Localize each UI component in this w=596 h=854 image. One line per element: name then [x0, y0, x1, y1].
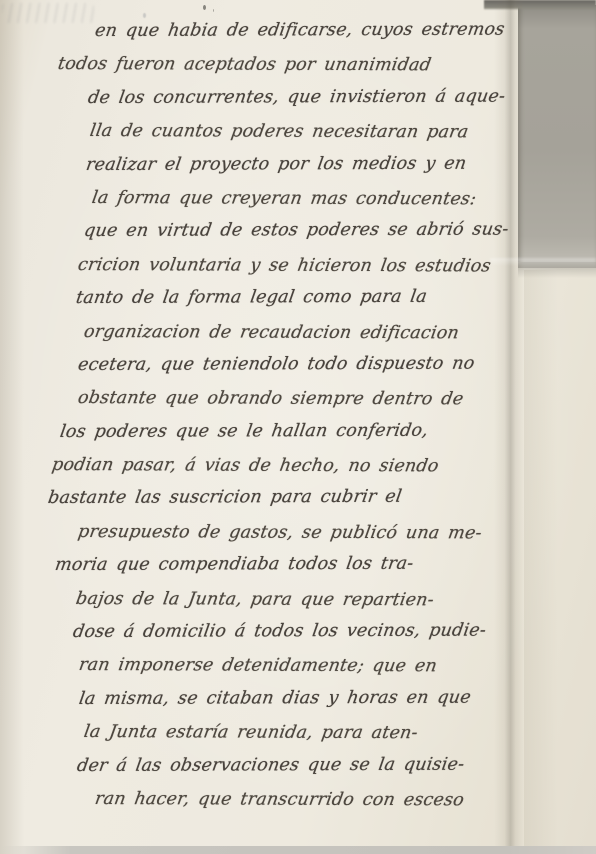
manuscript-line: dose á domicilio á todos los vecinos, pu…	[70, 614, 522, 649]
manuscript-line: la forma que creyeran mas conducentes:	[89, 182, 522, 217]
manuscript-line: la Junta estaría reunida, para aten-	[81, 716, 522, 751]
manuscript-line: obstante que obrando siempre dentro de	[75, 382, 522, 417]
manuscript-line: der á las observaciones que se la quisie…	[74, 748, 522, 783]
manuscript-line: de los concurrentes, que invistieron á a…	[85, 80, 522, 115]
manuscript-line: podian pasar, á vias de hecho, no siendo	[49, 449, 522, 484]
manuscript-line: presupuesto de gastos, se publicó una me…	[75, 516, 522, 551]
manuscript-line: lla de cuantos poderes necesitaran para	[87, 115, 522, 150]
manuscript-line: bajos de la Junta, para que repartien-	[73, 583, 522, 618]
page-fold-shadow-secondary	[524, 270, 580, 854]
manuscript-line: la misma, se citaban dias y horas en que	[76, 681, 522, 716]
manuscript-line: todos fueron aceptados por unanimidad	[55, 48, 522, 83]
manuscript-line: cricion voluntaria y se hicieron los est…	[75, 249, 522, 284]
manuscript-line: que en virtud de estos poderes se abrió …	[81, 214, 522, 249]
manuscript-line: moria que compendiaba todos los tra-	[52, 548, 522, 583]
manuscript-scan-page: en que habia de edificarse, cuyos estrem…	[0, 0, 596, 854]
manuscript-line: ran hacer, que transcurrido con esceso	[92, 783, 522, 818]
manuscript-line: ecetera, que teniendolo todo dispuesto n…	[75, 347, 522, 382]
scan-backing-strip	[518, 5, 596, 268]
scan-bottom-edge	[0, 846, 596, 854]
manuscript-line: ran imponerse detenidamente; que en	[76, 649, 522, 684]
manuscript-line: realizar el proyecto por los medios y en	[83, 147, 522, 182]
manuscript-line: tanto de la forma legal como para la	[73, 281, 522, 316]
manuscript-line: organizacion de recaudacion edificacion	[81, 316, 522, 351]
ghost-ink-dot	[203, 5, 206, 10]
handwritten-text-block: en que habia de edificarse, cuyos estrem…	[0, 15, 520, 816]
manuscript-line: los poderes que se le hallan conferido,	[57, 414, 522, 449]
manuscript-line: en que habia de edificarse, cuyos estrem…	[92, 14, 522, 49]
manuscript-line: bastante las suscricion para cubrir el	[45, 481, 522, 516]
